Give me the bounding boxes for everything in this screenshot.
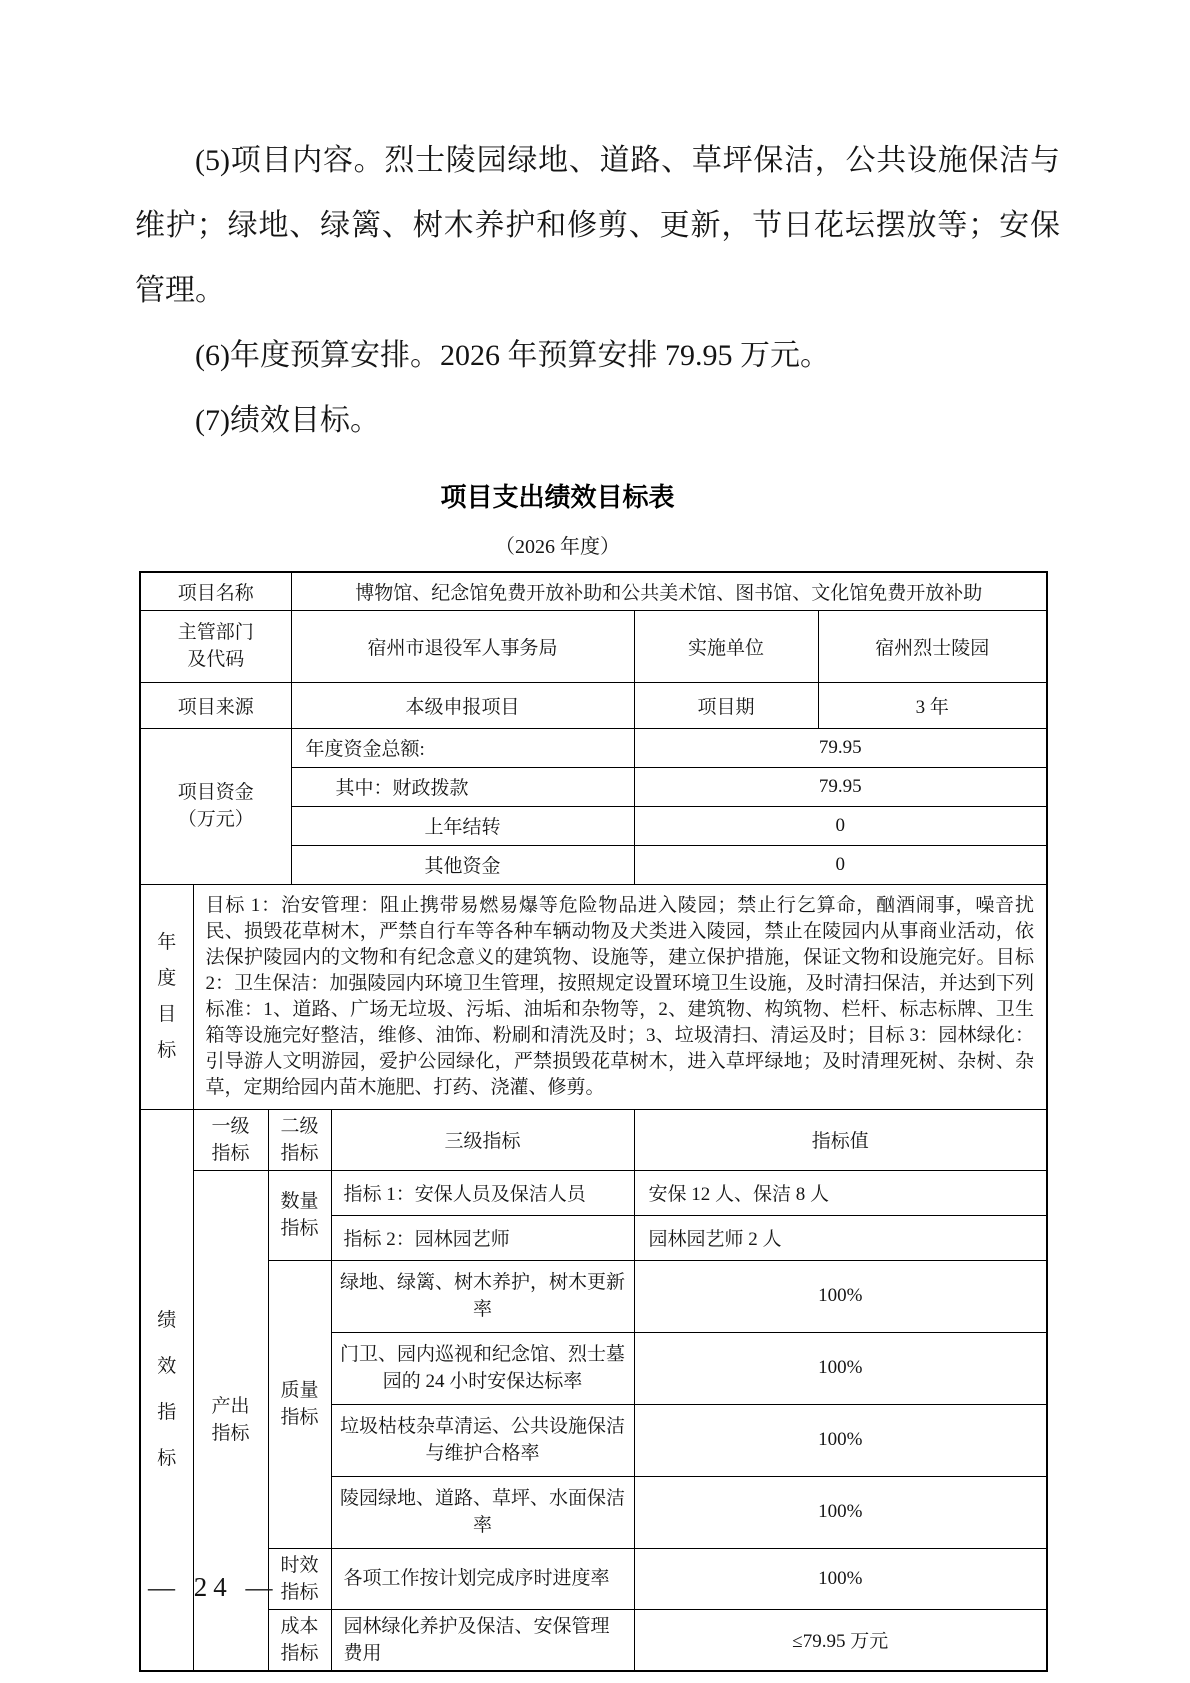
indicator-value: 100%	[634, 1332, 1047, 1404]
header-level1: 一级 指标	[193, 1109, 268, 1170]
header-level2: 二级 指标	[268, 1109, 331, 1170]
page-number: — 24 —	[148, 1572, 279, 1603]
quantity-indicator-label: 数量 指标	[268, 1170, 331, 1260]
perf-indicator-label-text: 绩效指标	[156, 1298, 177, 1482]
indicator-level3: 陵园绿地、道路、草坪、水面保洁率	[331, 1476, 634, 1548]
indicator-value: ≤79.95 万元	[634, 1609, 1047, 1671]
row-source: 项目来源 本级申报项目 项目期 3 年	[140, 682, 1047, 728]
paragraph-project-content: (5)项目内容。烈士陵园绿地、道路、草坪保洁，公共设施保洁与维护；绿地、绿篱、树…	[135, 128, 1060, 323]
annual-goals-text: 目标 1：治安管理：阻止携带易燃易爆等危险物品进入陵园；禁止行乞算命，酗酒闹事，…	[193, 884, 1047, 1109]
row-department: 主管部门 及代码 宿州市退役军人事务局 实施单位 宿州烈士陵园	[140, 610, 1047, 682]
department-value: 宿州市退役军人事务局	[291, 610, 634, 682]
indicator-level3: 指标 1：安保人员及保洁人员	[331, 1170, 634, 1215]
row-indicator-header: 绩效指标 一级 指标 二级 指标 三级指标 指标值	[140, 1109, 1047, 1170]
indicator-level3: 绿地、绿篱、树木养护，树木更新率	[331, 1260, 634, 1332]
row-annual-goals: 年度目标 目标 1：治安管理：阻止携带易燃易爆等危险物品进入陵园；禁止行乞算命，…	[140, 884, 1047, 1109]
header-level3: 三级指标	[331, 1109, 634, 1170]
row-indicator-quality-1: 质量 指标 绿地、绿篱、树木养护，树木更新率 100%	[140, 1260, 1047, 1332]
annual-goals-label-text: 年度目标	[156, 925, 177, 1069]
row-fund-total: 项目资金 （万元） 年度资金总额: 79.95	[140, 728, 1047, 767]
paragraph-annual-budget: (6)年度预算安排。2026 年预算安排 79.95 万元。	[135, 323, 1060, 388]
period-label: 项目期	[634, 682, 818, 728]
fund-carryover-value: 0	[634, 806, 1047, 845]
table-title: 项目支出绩效目标表	[135, 477, 980, 514]
quality-indicator-label: 质量 指标	[268, 1260, 331, 1548]
source-label: 项目来源	[140, 682, 291, 728]
row-indicator-cost: 成本 指标 园林绿化养护及保洁、安保管理费用 ≤79.95 万元	[140, 1609, 1047, 1671]
row-indicator-quantity-1: 产出 指标 数量 指标 指标 1：安保人员及保洁人员 安保 12 人、保洁 8 …	[140, 1170, 1047, 1215]
indicator-level3: 指标 2：园林园艺师	[331, 1215, 634, 1260]
indicator-value: 100%	[634, 1260, 1047, 1332]
page-content: (5)项目内容。烈士陵园绿地、道路、草坪保洁，公共设施保洁与维护；绿地、绿篱、树…	[135, 128, 1060, 1672]
indicator-level3: 垃圾枯枝杂草清运、公共设施保洁与维护合格率	[331, 1404, 634, 1476]
indicator-value: 100%	[634, 1548, 1047, 1609]
period-value: 3 年	[818, 682, 1047, 728]
indicator-value: 安保 12 人、保洁 8 人	[634, 1170, 1047, 1215]
document-page: (5)项目内容。烈士陵园绿地、道路、草坪保洁，公共设施保洁与维护；绿地、绿篱、树…	[0, 0, 1190, 1683]
fund-other-value: 0	[634, 845, 1047, 884]
indicator-value: 100%	[634, 1476, 1047, 1548]
paragraph-performance-goal: (7)绩效目标。	[135, 388, 1060, 453]
indicator-value: 园林园艺师 2 人	[634, 1215, 1047, 1260]
fund-total-label: 年度资金总额:	[291, 728, 634, 767]
indicator-value: 100%	[634, 1404, 1047, 1476]
fund-carryover-label: 上年结转	[291, 806, 634, 845]
header-value: 指标值	[634, 1109, 1047, 1170]
fund-fiscal-label: 其中：财政拨款	[291, 767, 634, 806]
fund-total-value: 79.95	[634, 728, 1047, 767]
table-subtitle: （2026 年度）	[135, 530, 980, 559]
source-value: 本级申报项目	[291, 682, 634, 728]
fund-fiscal-value: 79.95	[634, 767, 1047, 806]
indicator-level3: 各项工作按计划完成序时进度率	[331, 1548, 634, 1609]
cost-indicator-label: 成本 指标	[268, 1609, 331, 1671]
row-project-name: 项目名称 博物馆、纪念馆免费开放补助和公共美术馆、图书馆、文化馆免费开放补助	[140, 572, 1047, 610]
impl-unit-value: 宿州烈士陵园	[818, 610, 1047, 682]
annual-goals-label: 年度目标	[140, 884, 193, 1109]
department-label: 主管部门 及代码	[140, 610, 291, 682]
performance-target-table: 项目名称 博物馆、纪念馆免费开放补助和公共美术馆、图书馆、文化馆免费开放补助 主…	[139, 571, 1048, 1672]
indicator-level3: 园林绿化养护及保洁、安保管理费用	[331, 1609, 634, 1671]
project-name-value: 博物馆、纪念馆免费开放补助和公共美术馆、图书馆、文化馆免费开放补助	[291, 572, 1047, 610]
indicator-level3: 门卫、园内巡视和纪念馆、烈士墓园的 24 小时安保达标率	[331, 1332, 634, 1404]
fund-other-label: 其他资金	[291, 845, 634, 884]
funds-label: 项目资金 （万元）	[140, 728, 291, 884]
impl-unit-label: 实施单位	[634, 610, 818, 682]
project-name-label: 项目名称	[140, 572, 291, 610]
